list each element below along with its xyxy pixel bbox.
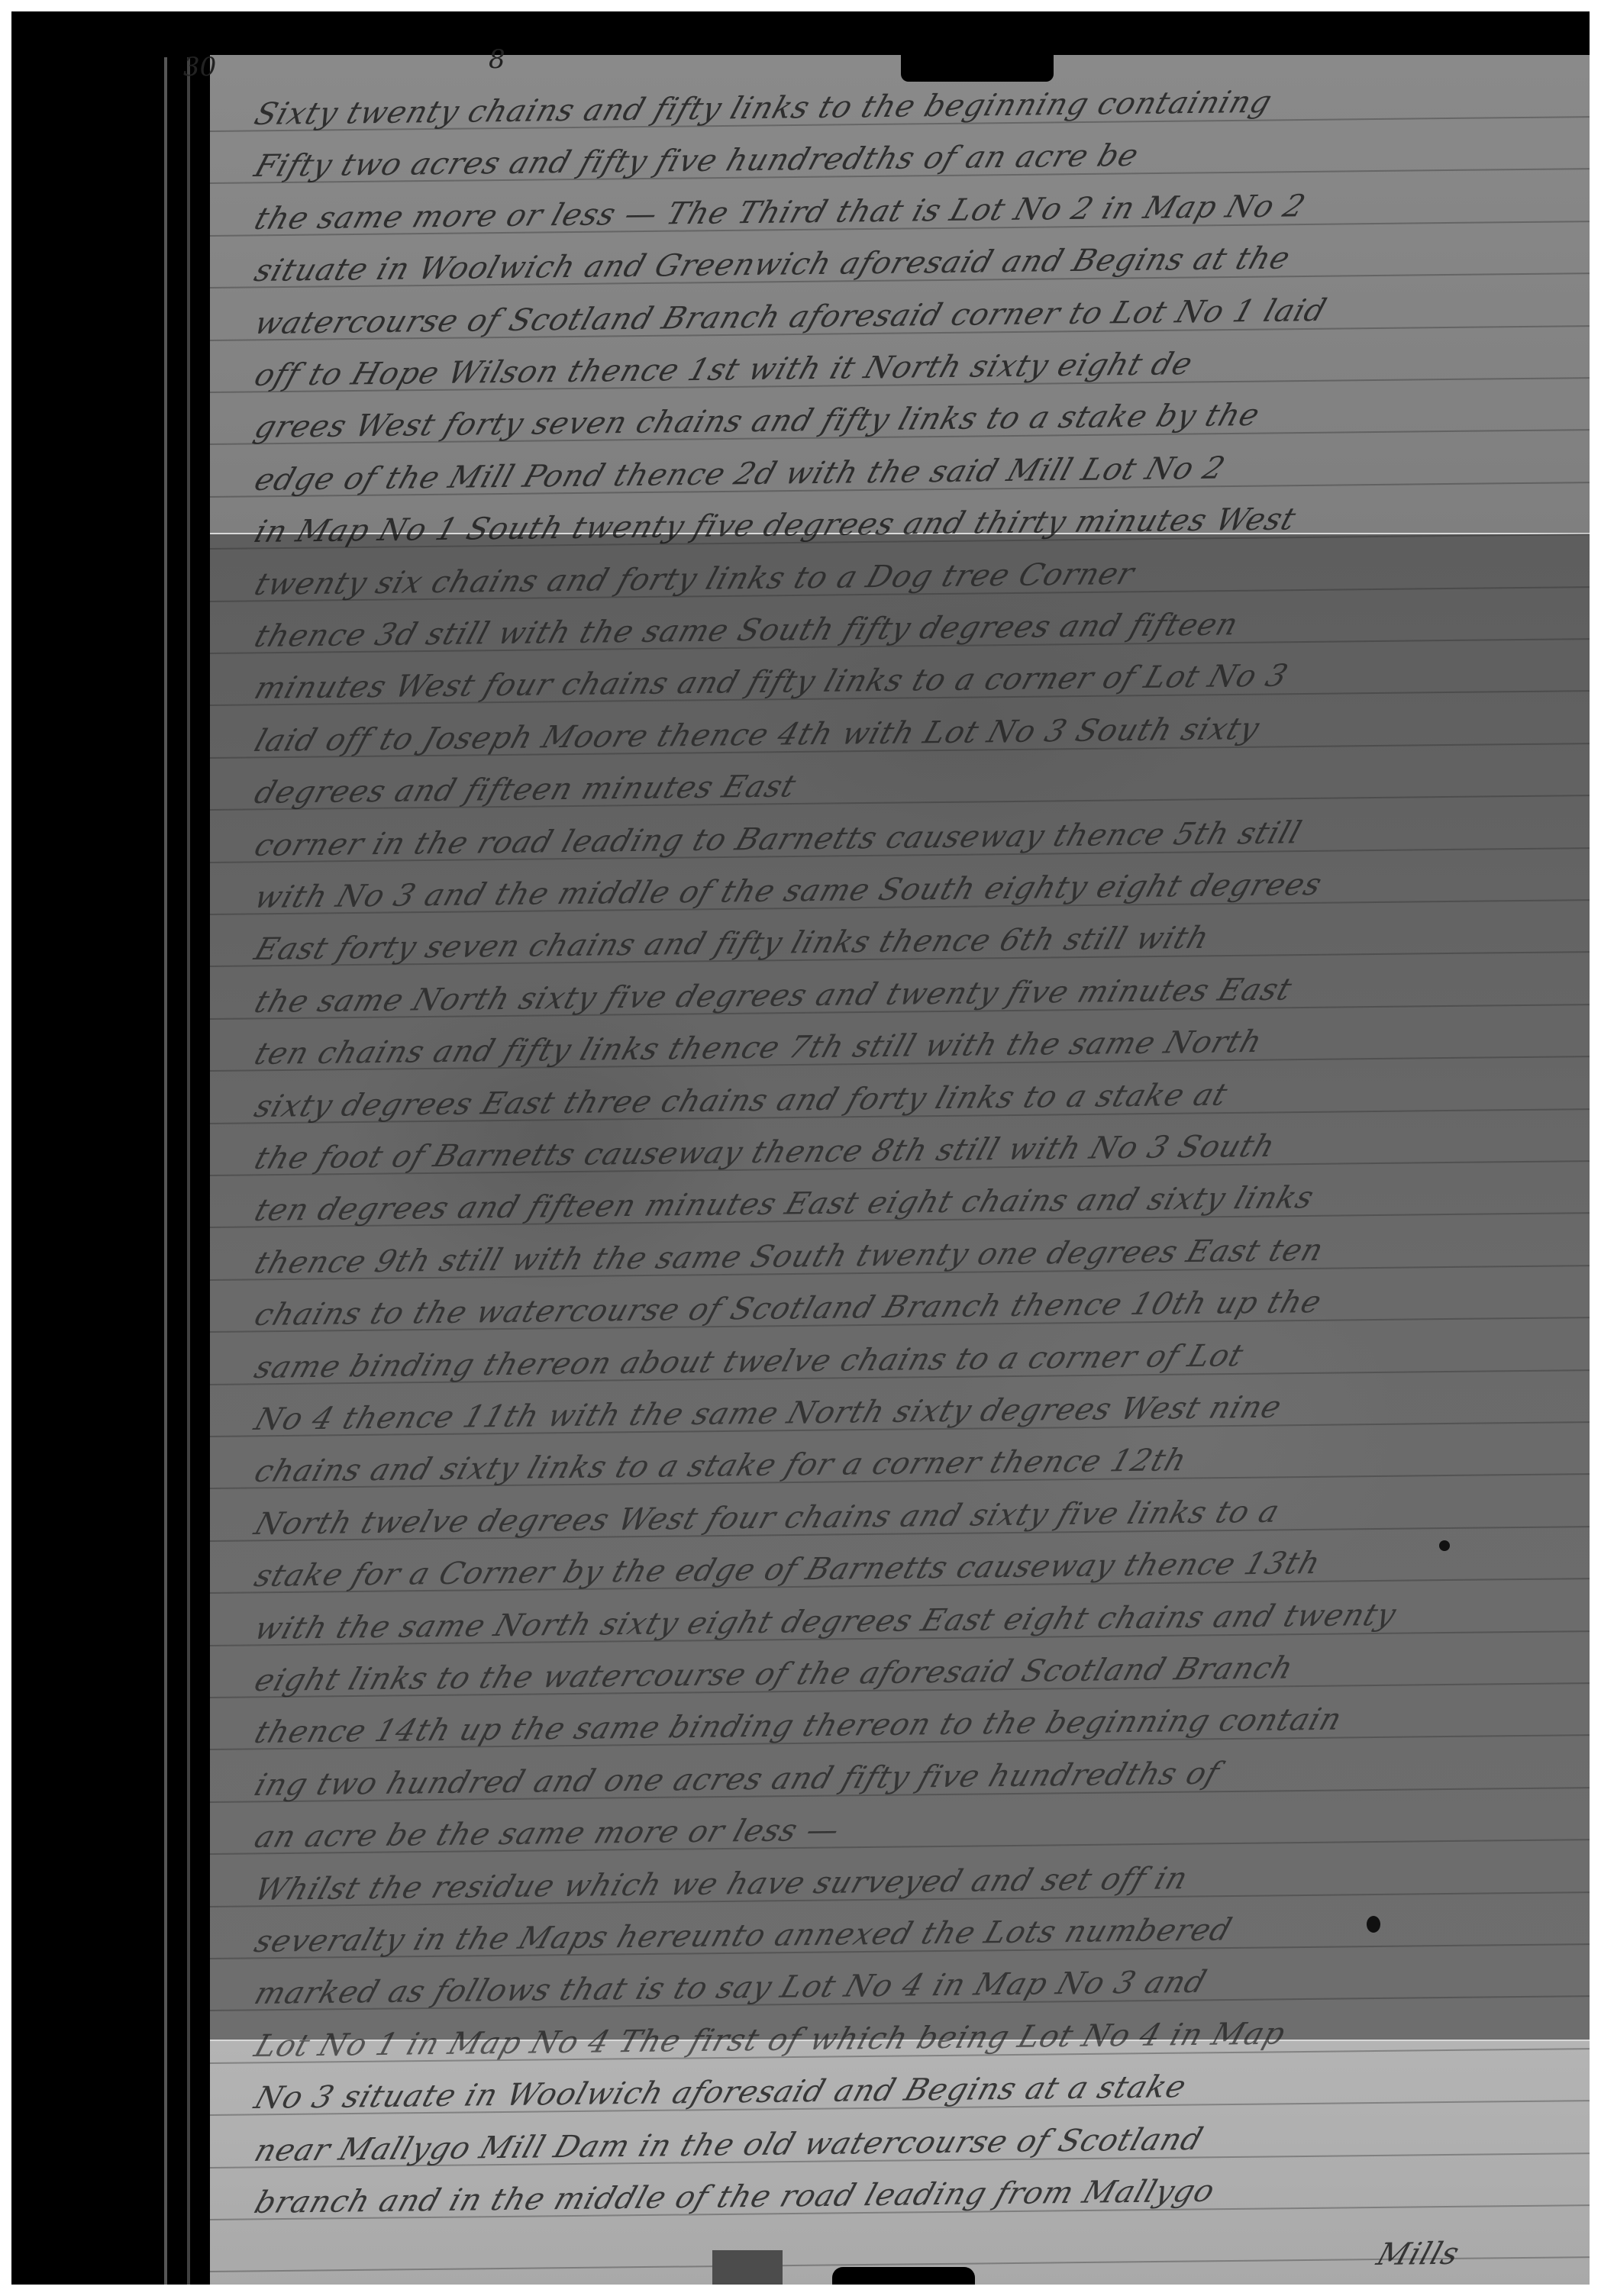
header-mark: 8 xyxy=(489,44,505,75)
book-spine-shadow xyxy=(11,46,210,2285)
binder-clip-bottom xyxy=(832,2267,975,2285)
spine-edge-line xyxy=(187,57,190,2285)
paper-tab-bottom xyxy=(712,2250,783,2285)
spine-edge-line xyxy=(164,57,167,2285)
handwritten-line: Mills xyxy=(1373,2236,1552,2273)
ledger-page: Sixty twenty chains and fifty links to t… xyxy=(210,55,1590,2285)
ink-blot xyxy=(1367,1916,1380,1933)
page-number: 30 xyxy=(183,52,216,82)
binder-clip-top xyxy=(901,11,1054,82)
ink-blot xyxy=(1439,1540,1450,1551)
